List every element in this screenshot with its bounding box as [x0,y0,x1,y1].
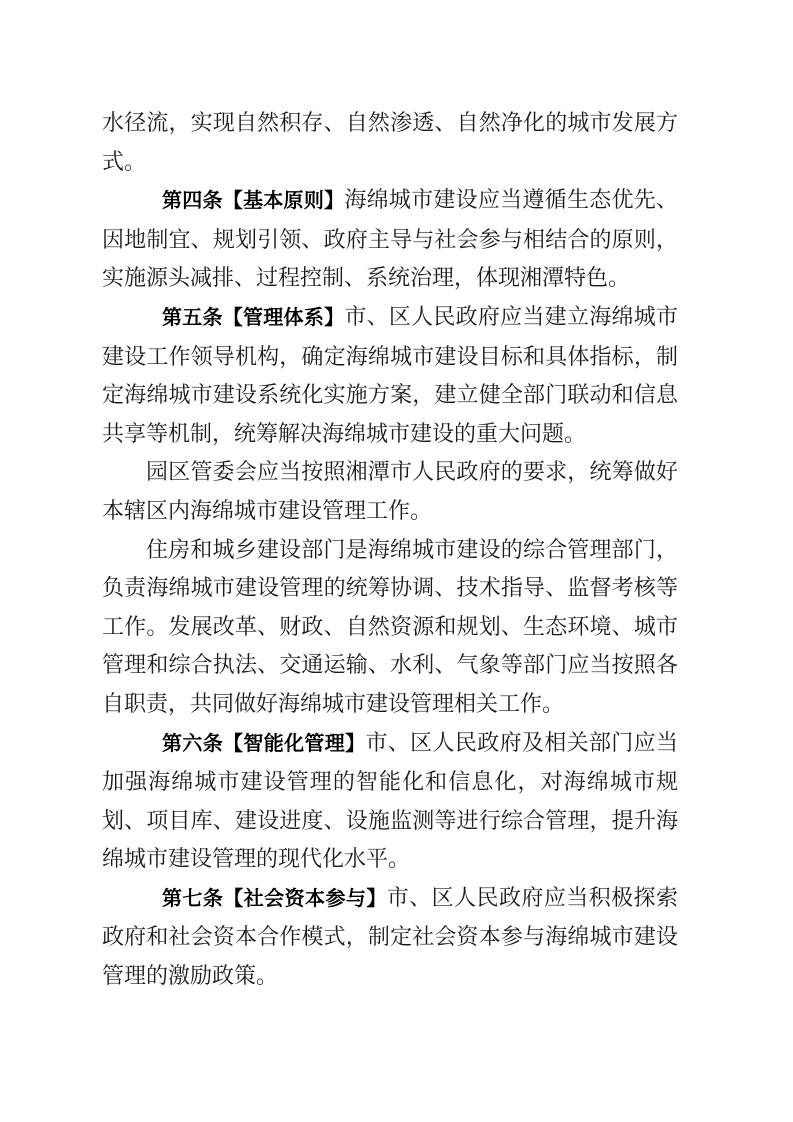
paragraph-text: 工作。发展改革、财政、自然资源和规划、生态环境、城市 [102,614,678,639]
text-line: 建设工作领导机构，确定海绵城市建设目标和具体指标，制 [102,338,678,377]
text-line: 实施源头减排、过程控制、系统治理，体现湘潭特色。 [102,259,678,298]
text-line: 负责海绵城市建设管理的统筹协调、技术指导、监督考核等 [102,569,678,608]
a4-document-page: 水径流，实现自然积存、自然渗透、自然净化的城市发展方式。第四条【基本原则】海绵城… [0,0,793,1122]
article-6-paragraph: 第六条【智能化管理】市、区人民政府及相关部门应当加强海绵城市建设管理的智能化和信… [102,724,678,879]
paragraph-text: 实施源头减排、过程控制、系统治理，体现湘潭特色。 [102,265,630,290]
text-line: 第五条【管理体系】市、区人民政府应当建立海绵城市 [102,298,678,338]
text-line: 第四条【基本原则】海绵城市建设应当遵循生态优先、 [102,181,678,221]
paragraph-text: 管理和综合执法、交通运输、水利、气象等部门应当按照各 [102,652,678,677]
paragraph-text: 园区管委会应当按照湘潭市人民政府的要求，统筹做好 [146,459,678,484]
text-line: 第七条【社会资本参与】市、区人民政府应当积极探索 [102,879,678,919]
paragraph-text: 绵城市建设管理的现代化水平。 [102,846,410,871]
paragraph-text: 住房和城乡建设部门是海绵城市建设的综合管理部门， [146,537,678,562]
paragraph-text: 市、区人民政府及相关部门应当 [365,730,678,755]
paragraph-text: 市、区人民政府应当积极探索 [387,885,678,910]
paragraph-text: 海绵城市建设应当遵循生态优先、 [344,187,678,212]
paragraph-text: 政府和社会资本合作模式，制定社会资本参与海绵城市建设 [102,924,678,949]
paragraph-text: 自职责，共同做好海绵城市建设管理相关工作。 [102,691,564,716]
paragraph-text: 加强海绵城市建设管理的智能化和信息化，对海绵城市规 [102,769,678,794]
text-line: 工作。发展改革、财政、自然资源和规划、生态环境、城市 [102,608,678,647]
text-line: 加强海绵城市建设管理的智能化和信息化，对海绵城市规 [102,763,678,802]
text-line: 第六条【智能化管理】市、区人民政府及相关部门应当 [102,724,678,764]
text-line: 定海绵城市建设系统化实施方案，建立健全部门联动和信息 [102,376,678,415]
text-line: 管理的激励政策。 [102,957,678,996]
text-line: 自职责，共同做好海绵城市建设管理相关工作。 [102,685,678,724]
text-line: 住房和城乡建设部门是海绵城市建设的综合管理部门， [102,531,678,570]
housing-dept-paragraph: 住房和城乡建设部门是海绵城市建设的综合管理部门，负责海绵城市建设管理的统筹协调、… [102,531,678,724]
paragraph-text: 式。 [102,149,146,174]
article-header: 第五条【管理体系】 [162,307,344,329]
paragraph-text: 管理的激励政策。 [102,963,278,988]
article-4-paragraph: 第四条【基本原则】海绵城市建设应当遵循生态优先、因地制宜、规划引领、政府主导与社… [102,181,678,298]
paragraph-text: 市、区人民政府应当建立海绵城市 [344,304,678,329]
text-line: 绵城市建设管理的现代化水平。 [102,840,678,879]
text-line: 水径流，实现自然积存、自然渗透、自然净化的城市发展方 [102,104,678,143]
paragraph-text: 定海绵城市建设系统化实施方案，建立健全部门联动和信息 [102,382,678,407]
text-line: 园区管委会应当按照湘潭市人民政府的要求，统筹做好 [102,453,678,492]
text-line: 因地制宜、规划引领、政府主导与社会参与相结合的原则， [102,221,678,260]
paragraph-text: 本辖区内海绵城市建设管理工作。 [102,498,432,523]
article-header: 第六条【智能化管理】 [162,733,365,755]
paragraph-text: 因地制宜、规划引领、政府主导与社会参与相结合的原则， [102,227,678,252]
paragraph-text: 水径流，实现自然积存、自然渗透、自然净化的城市发展方 [102,110,678,135]
article-7-paragraph: 第七条【社会资本参与】市、区人民政府应当积极探索政府和社会资本合作模式，制定社会… [102,879,678,996]
text-line: 本辖区内海绵城市建设管理工作。 [102,492,678,531]
paragraph-text: 共享等机制，统筹解决海绵城市建设的重大问题。 [102,421,586,446]
document-body: 水径流，实现自然积存、自然渗透、自然净化的城市发展方式。第四条【基本原则】海绵城… [102,104,678,996]
park-committee-paragraph: 园区管委会应当按照湘潭市人民政府的要求，统筹做好本辖区内海绵城市建设管理工作。 [102,453,678,530]
text-line: 式。 [102,143,678,182]
text-line: 管理和综合执法、交通运输、水利、气象等部门应当按照各 [102,646,678,685]
paragraph-text: 负责海绵城市建设管理的统筹协调、技术指导、监督考核等 [102,575,678,600]
text-line: 划、项目库、建设进度、设施监测等进行综合管理，提升海 [102,802,678,841]
paragraph-text: 划、项目库、建设进度、设施监测等进行综合管理，提升海 [102,808,678,833]
text-line: 政府和社会资本合作模式，制定社会资本参与海绵城市建设 [102,918,678,957]
paragraph-text: 建设工作领导机构，确定海绵城市建设目标和具体指标，制 [102,344,678,369]
article-5-paragraph: 第五条【管理体系】市、区人民政府应当建立海绵城市建设工作领导机构，确定海绵城市建… [102,298,678,453]
article-header: 第四条【基本原则】 [162,190,344,212]
article-header: 第七条【社会资本参与】 [162,888,387,910]
text-line: 共享等机制，统筹解决海绵城市建设的重大问题。 [102,415,678,454]
continuation-paragraph: 水径流，实现自然积存、自然渗透、自然净化的城市发展方式。 [102,104,678,181]
